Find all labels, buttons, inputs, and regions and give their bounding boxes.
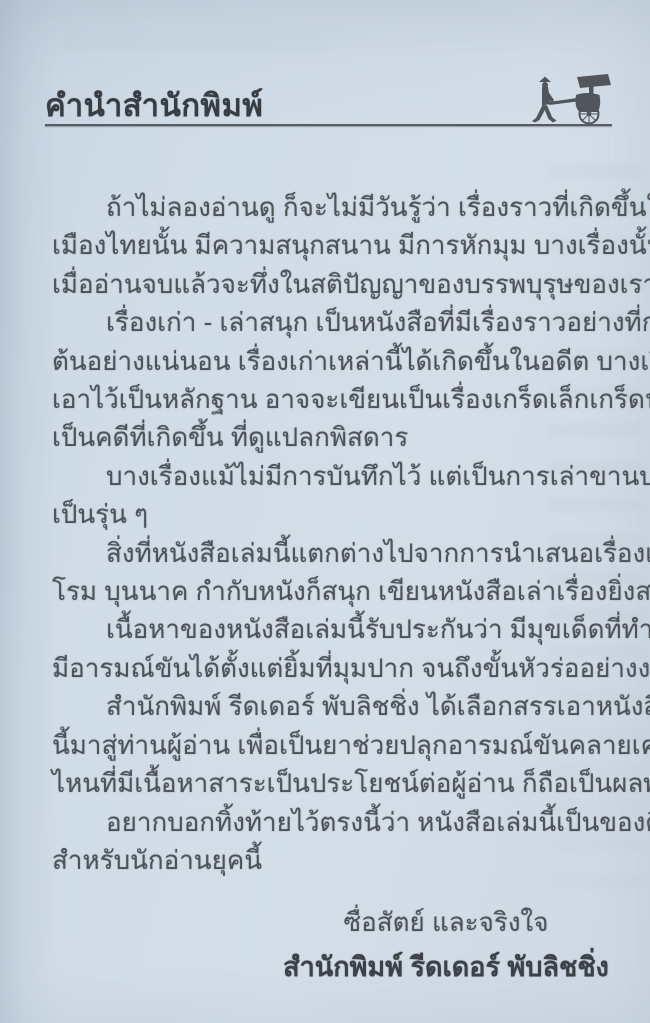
text-line: ถ้าไม่ลองอ่านดู ก็จะไม่มีวันรู้ว่า เรื่อ… bbox=[52, 188, 608, 226]
text-line: เมืองไทยนั้น มีความสนุกสนาน มีการหักมุม … bbox=[52, 226, 608, 264]
paragraph-5: เนื้อหาของหนังสือเล่มนี้รับประกันว่า มีม… bbox=[52, 610, 608, 687]
paragraph-3: บางเรื่องแม้ไม่มีการบันทึกไว้ แต่เป็นการ… bbox=[52, 457, 608, 534]
text-line: บางเรื่องแม้ไม่มีการบันทึกไว้ แต่เป็นการ… bbox=[52, 457, 608, 495]
text-line: เมื่ออ่านจบแล้วจะทึ่งในสติปัญญาของบรรพบุ… bbox=[52, 265, 608, 303]
text-line: ไหนที่มีเนื้อหาสาระเป็นประโยชน์ต่อผู้อ่า… bbox=[52, 764, 608, 802]
preface-body: ถ้าไม่ลองอ่านดู ก็จะไม่มีวันรู้ว่า เรื่อ… bbox=[52, 188, 608, 879]
page-showthrough bbox=[60, 36, 330, 70]
text-line: โรม บุนนาค กำกับหนังก็สนุก เขียนหนังสือเ… bbox=[52, 572, 608, 610]
text-line: สิ่งที่หนังสือเล่มนี้แตกต่างไปจากการนำเส… bbox=[52, 534, 608, 572]
text-line: นี้มาสู่ท่านผู้อ่าน เพื่อเป็นยาช่วยปลุกอ… bbox=[52, 726, 608, 764]
text-line: ต้นอย่างแน่นอน เรื่องเก่าเหล่านี้ได้เกิด… bbox=[52, 342, 608, 380]
publisher-name: สำนักพิมพ์ รีดเดอร์ พับลิชชิ่ง bbox=[250, 948, 642, 986]
paragraph-4: สิ่งที่หนังสือเล่มนี้แตกต่างไปจากการนำเส… bbox=[52, 534, 608, 611]
text-line: อยากบอกทิ้งท้ายไว้ตรงนี้ว่า หนังสือเล่มน… bbox=[52, 803, 608, 841]
text-line: เรื่องเก่า - เล่าสนุก เป็นหนังสือที่มีเร… bbox=[52, 303, 608, 341]
text-line: เป็นคดีที่เกิดขึ้น ที่ดูแปลกพิสดาร bbox=[52, 418, 608, 456]
paragraph-2: เรื่องเก่า - เล่าสนุก เป็นหนังสือที่มีเร… bbox=[52, 303, 608, 457]
text-line: มีอารมณ์ขันได้ตั้งแต่ยิ้มที่มุมปาก จนถึง… bbox=[52, 649, 608, 687]
text-line: เนื้อหาของหนังสือเล่มนี้รับประกันว่า มีม… bbox=[52, 610, 608, 648]
closing-salutation: ซื่อสัตย์ และจริงใจ bbox=[250, 903, 642, 941]
text-line: เอาไว้เป็นหลักฐาน อาจจะเขียนเป็นเรื่องเก… bbox=[52, 380, 608, 418]
text-line: สำหรับนักอ่านยุคนี้ bbox=[52, 841, 608, 879]
rickshaw-icon bbox=[528, 74, 612, 126]
page-title: คำนำสำนักพิมพ์ bbox=[45, 80, 263, 130]
closing-block: ซื่อสัตย์ และจริงใจ สำนักพิมพ์ รีดเดอร์ … bbox=[250, 903, 642, 986]
title-underline bbox=[45, 124, 612, 126]
paragraph-7: อยากบอกทิ้งท้ายไว้ตรงนี้ว่า หนังสือเล่มน… bbox=[52, 803, 608, 880]
book-page: คำนำสำนักพิมพ์ bbox=[0, 0, 650, 1023]
text-line: เป็นรุ่น ๆ bbox=[52, 495, 608, 533]
text-line: สำนักพิมพ์ รีดเดอร์ พับลิชชิ่ง ได้เลือกส… bbox=[52, 687, 608, 725]
paragraph-6: สำนักพิมพ์ รีดเดอร์ พับลิชชิ่ง ได้เลือกส… bbox=[52, 687, 608, 802]
paragraph-1: ถ้าไม่ลองอ่านดู ก็จะไม่มีวันรู้ว่า เรื่อ… bbox=[52, 188, 608, 303]
